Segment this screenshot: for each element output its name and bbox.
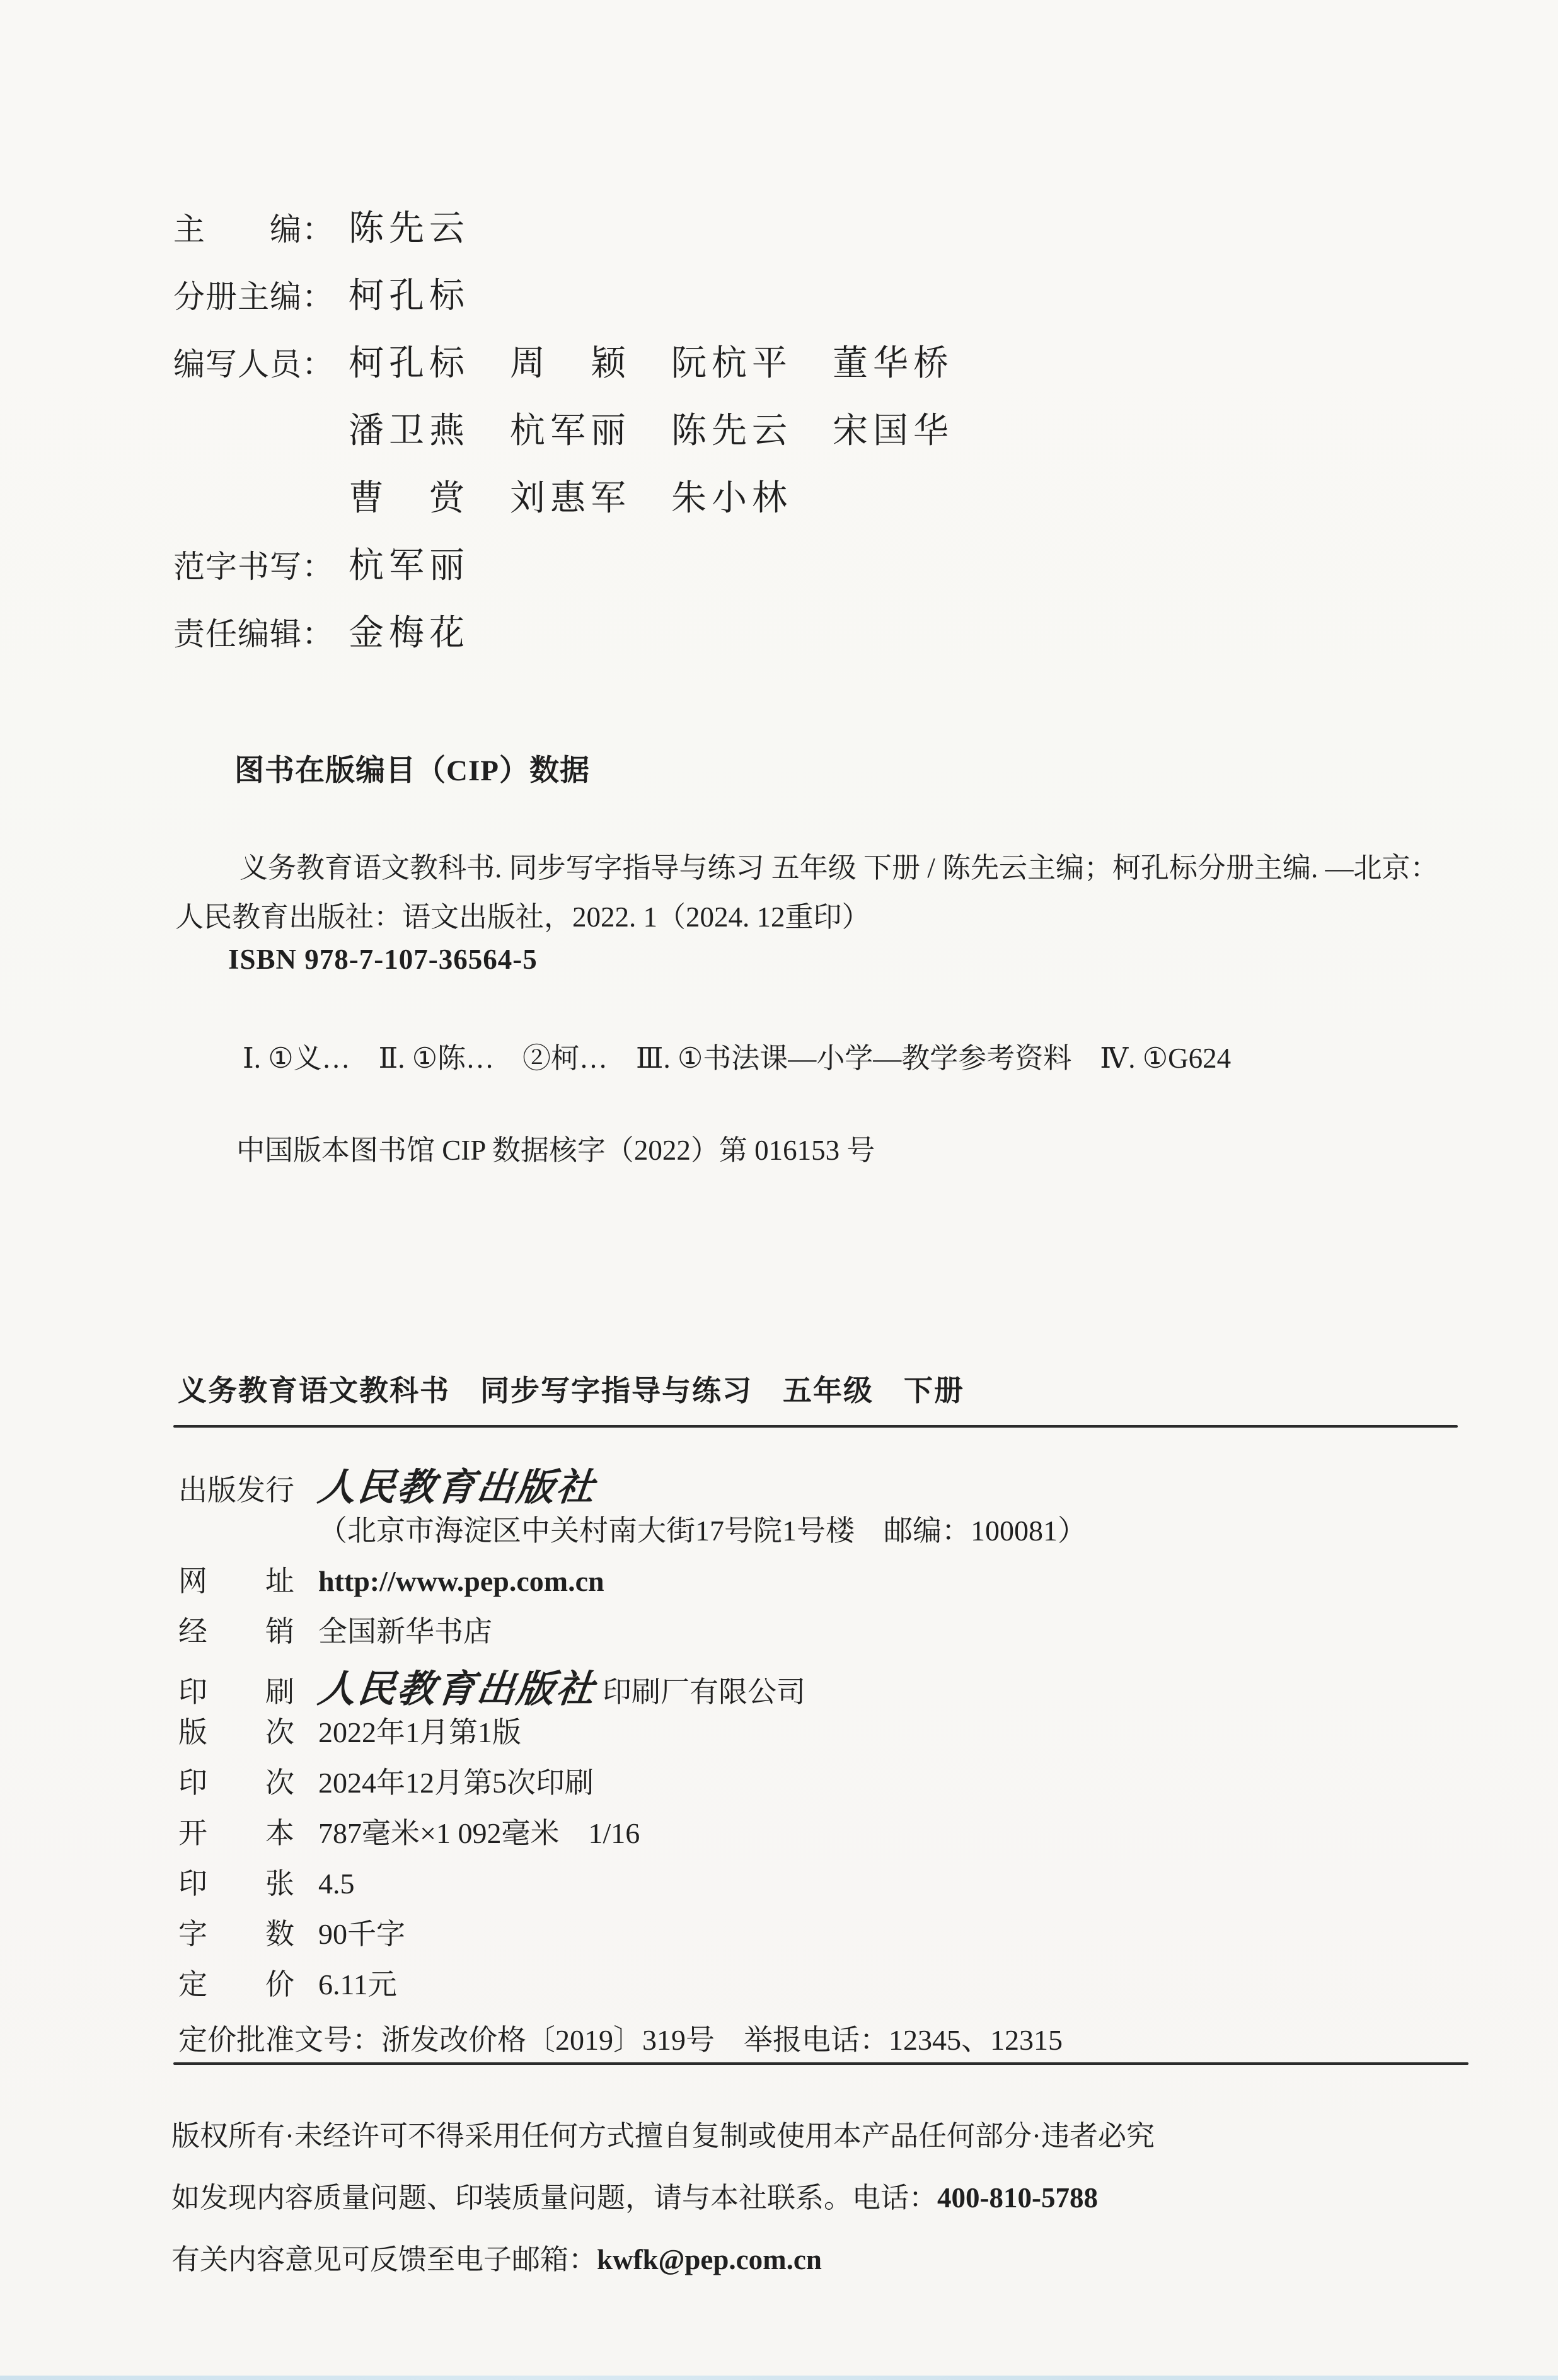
credit-value: 陈先云 xyxy=(349,200,470,251)
printer-logo-script: 人民教育出版社 xyxy=(315,1659,599,1713)
cip-heading: 图书在版编目（CIP）数据 xyxy=(234,747,590,789)
feedback-email-text: 有关内容意见可反馈至电子邮箱： xyxy=(171,2244,597,2275)
feedback-email-line: 有关内容意见可反馈至电子邮箱：kwfk@pep.com.cn xyxy=(171,2236,1155,2277)
credit-row-volume-editor: 分册主编： 柯孔标 xyxy=(173,268,954,335)
publisher-url: http://www.pep.com.cn xyxy=(318,1564,604,1598)
cip-isbn: ISBN 978-7-107-36564-5 xyxy=(228,943,538,976)
service-phone: 400-810-5788 xyxy=(937,2182,1098,2214)
pub-row-edition: 版 次 2022年1月第1版 xyxy=(178,1709,1087,1760)
credit-row-writers-3: 曹 赏 刘惠军 朱小林 xyxy=(173,470,954,538)
pub-value: 6.11元 xyxy=(318,1961,397,2003)
footer-block: 版权所有·未经许可不得采用任何方式擅自复制或使用本产品任何部分·违者必究 如发现… xyxy=(171,2113,1155,2298)
credit-label: 主 编： xyxy=(173,204,331,250)
scan-edge-artifact xyxy=(0,2376,1558,2380)
credit-row-writers-1: 编写人员： 柯孔标 周 颖 阮杭平 董华桥 xyxy=(173,335,954,403)
pub-label: 印 张 xyxy=(178,1861,318,1902)
quality-contact-text: 如发现内容质量问题、印装质量问题，请与本社联系。电话： xyxy=(171,2182,937,2214)
feedback-email: kwfk@pep.com.cn xyxy=(597,2244,822,2275)
credit-row-chief-editor: 主 编： 陈先云 xyxy=(173,200,954,268)
pub-row-wordcount: 字 数 90千字 xyxy=(178,1911,1087,1961)
pub-value: 4.5 xyxy=(318,1867,355,1900)
publisher-address: （北京市海淀区中关村南大街17号院1号楼 邮编：100081） xyxy=(318,1508,1087,1549)
credit-label: 编写人员： xyxy=(173,339,331,384)
book-title: 义务教育语文教科书 同步写字指导与练习 五年级 下册 xyxy=(178,1368,964,1409)
pub-label: 出版发行 xyxy=(178,1467,318,1509)
cip-description-line-2: 人民教育出版社：语文出版社，2022. 1（2024. 12重印） xyxy=(175,894,870,935)
publication-info-block: 出版发行 人民教育出版社 （北京市海淀区中关村南大街17号院1号楼 邮编：100… xyxy=(178,1457,1087,2012)
credit-label: 责任编辑： xyxy=(173,609,331,654)
price-approval-line: 定价批准文号：浙发改价格〔2019〕319号 举报电话：12345、12315 xyxy=(178,2017,1063,2059)
credit-value: 柯孔标 xyxy=(349,268,470,318)
quality-contact-line: 如发现内容质量问题、印装质量问题，请与本社联系。电话：400-810-5788 xyxy=(171,2175,1155,2215)
pub-label: 经 销 xyxy=(178,1609,318,1650)
pub-value: 2024年12月第5次印刷 xyxy=(318,1760,594,1801)
pub-row-address: （北京市海淀区中关村南大街17号院1号楼 邮编：100081） xyxy=(178,1508,1087,1558)
publisher-logo-script: 人民教育出版社 xyxy=(315,1457,599,1511)
credit-value: 曹 赏 刘惠军 朱小林 xyxy=(349,470,792,521)
credits-block: 主 编： 陈先云 分册主编： 柯孔标 编写人员： 柯孔标 周 颖 阮杭平 董华桥… xyxy=(173,200,954,673)
pub-row-publisher: 出版发行 人民教育出版社 xyxy=(178,1457,1087,1508)
pub-value: 人民教育出版社印刷厂有限公司 xyxy=(318,1659,805,1713)
pub-row-printer: 印 刷 人民教育出版社印刷厂有限公司 xyxy=(178,1659,1087,1709)
pub-row-website: 网 址 http://www.pep.com.cn xyxy=(178,1558,1087,1609)
credit-value: 金梅花 xyxy=(349,605,470,656)
cip-description-line-1: 义务教育语文教科书. 同步写字指导与练习 五年级 下册 / 陈先云主编；柯孔标分… xyxy=(239,845,1439,886)
pub-value: 90千字 xyxy=(318,1911,405,1953)
pub-label: 开 本 xyxy=(178,1810,318,1852)
credit-value: 杭军丽 xyxy=(349,538,470,588)
divider-line-bottom xyxy=(173,2062,1469,2065)
credit-row-writers-2: 潘卫燕 杭军丽 陈先云 宋国华 xyxy=(173,403,954,470)
copyright-notice: 版权所有·未经许可不得采用任何方式擅自复制或使用本产品任何部分·违者必究 xyxy=(171,2113,1155,2154)
pub-label: 字 数 xyxy=(178,1911,318,1953)
credit-value: 柯孔标 周 颖 阮杭平 董华桥 xyxy=(349,335,954,386)
cip-classification: Ⅰ. ①义… Ⅱ. ①陈… ②柯… Ⅲ. ①书法课—小学—教学参考资料 Ⅳ. ①… xyxy=(243,1035,1231,1076)
pub-label: 版 次 xyxy=(178,1709,318,1751)
credit-label: 分册主编： xyxy=(173,272,331,317)
credit-label: 范字书写： xyxy=(173,541,331,587)
pub-row-format: 开 本 787毫米×1 092毫米 1/16 xyxy=(178,1810,1087,1861)
pub-row-sheets: 印 张 4.5 xyxy=(178,1861,1087,1911)
pub-value-rest: 印刷厂有限公司 xyxy=(603,1676,805,1708)
credit-row-responsible-editor: 责任编辑： 金梅花 xyxy=(173,605,954,673)
pub-value: 人民教育出版社 xyxy=(318,1457,603,1511)
pub-value: 全国新华书店 xyxy=(318,1609,492,1650)
divider-line-top xyxy=(173,1425,1458,1428)
colophon-page: 主 编： 陈先云 分册主编： 柯孔标 编写人员： 柯孔标 周 颖 阮杭平 董华桥… xyxy=(0,0,1558,2380)
pub-row-price: 定 价 6.11元 xyxy=(178,1961,1087,2012)
pub-value: 787毫米×1 092毫米 1/16 xyxy=(318,1810,640,1852)
credit-row-calligraphy: 范字书写： 杭军丽 xyxy=(173,538,954,605)
pub-label: 定 价 xyxy=(178,1961,318,2003)
pub-label: 印 刷 xyxy=(178,1669,318,1711)
cip-record-number: 中国版本图书馆 CIP 数据核字（2022）第 016153 号 xyxy=(236,1127,875,1168)
pub-value: 2022年1月第1版 xyxy=(318,1709,521,1751)
credit-value: 潘卫燕 杭军丽 陈先云 宋国华 xyxy=(349,403,954,453)
pub-label: 印 次 xyxy=(178,1760,318,1801)
pub-row-printing: 印 次 2024年12月第5次印刷 xyxy=(178,1760,1087,1810)
pub-label: 网 址 xyxy=(178,1558,318,1600)
pub-row-distributor: 经 销 全国新华书店 xyxy=(178,1609,1087,1659)
